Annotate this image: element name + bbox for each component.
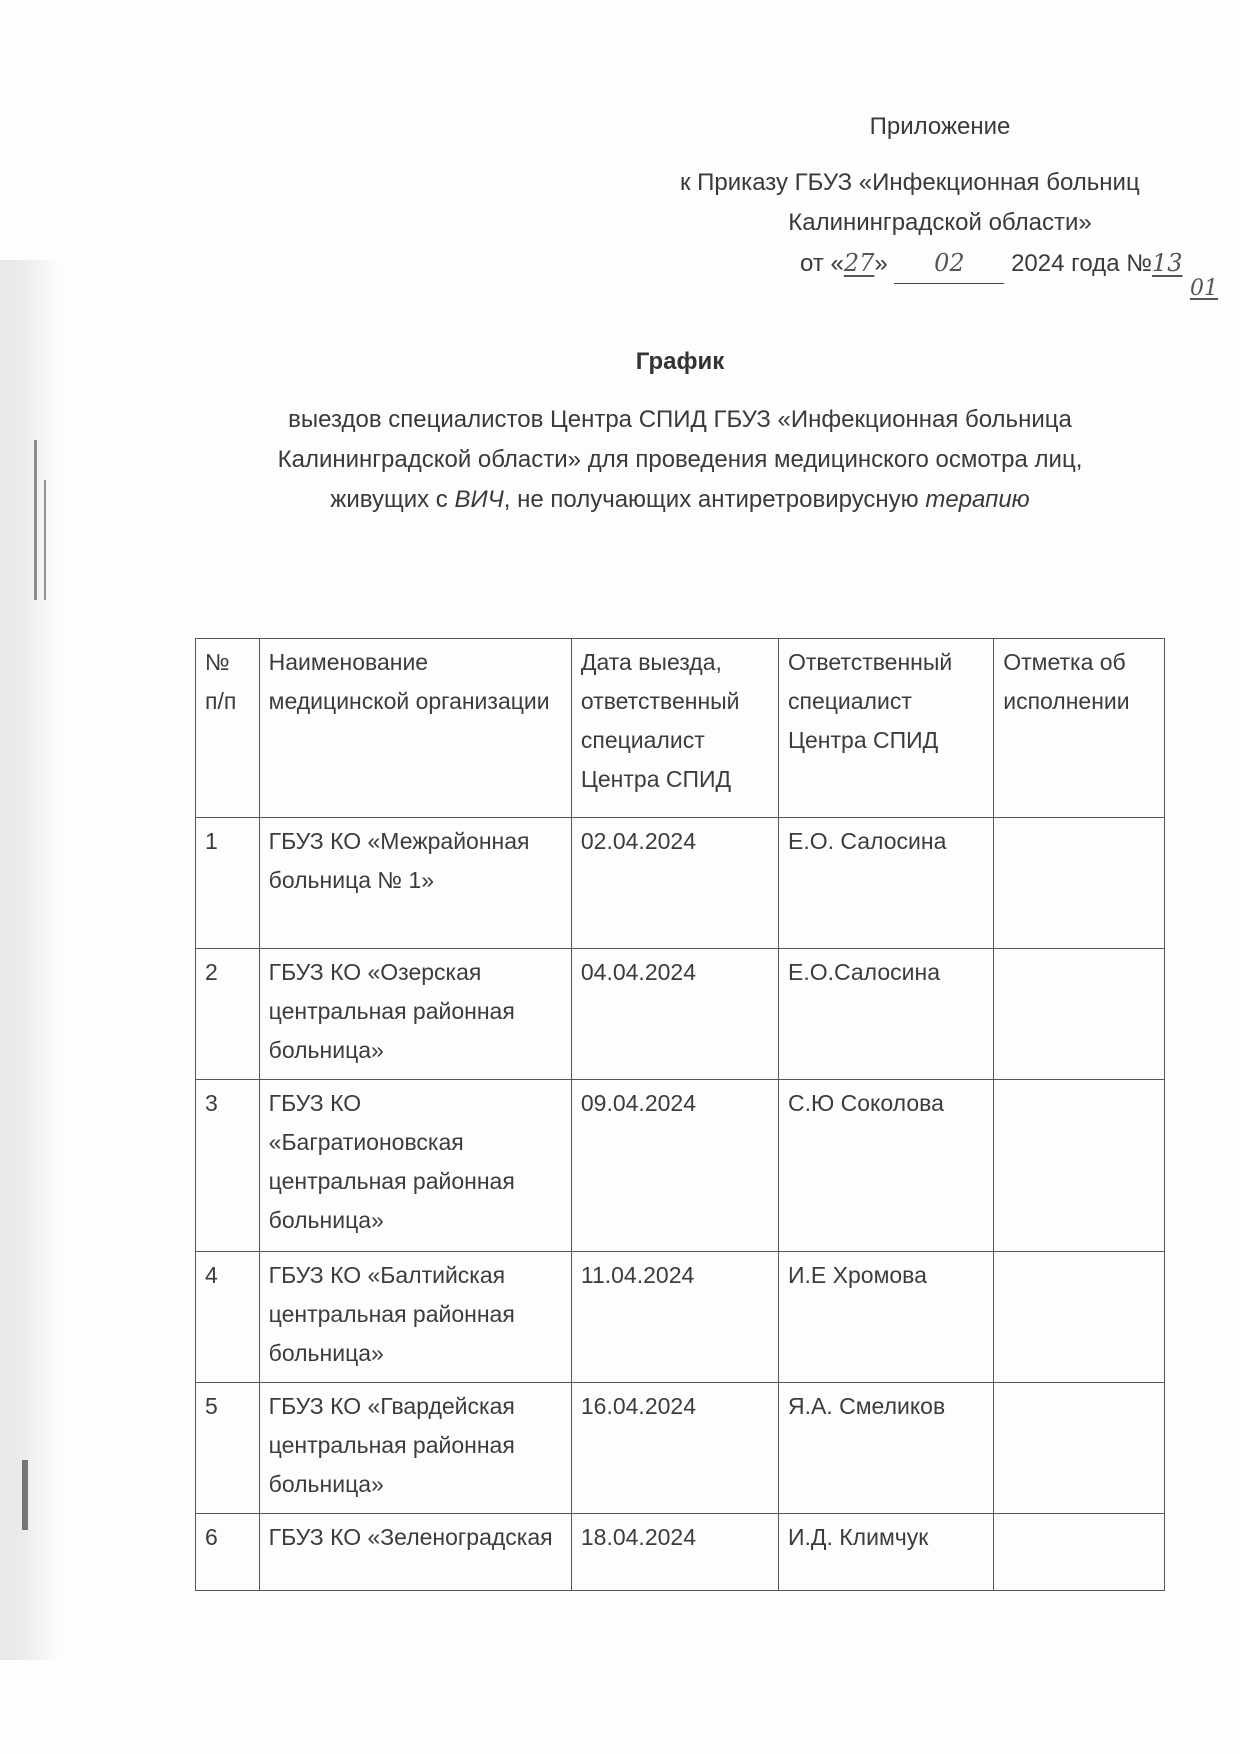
row-date: 11.04.2024 <box>571 1252 778 1383</box>
scan-artifact <box>22 1460 28 1530</box>
scan-shadow <box>0 260 60 1660</box>
row-mark <box>994 1514 1165 1591</box>
approval-heading: Приложение <box>700 108 1180 146</box>
header-num: № п/п <box>196 639 260 818</box>
header-date: Дата выезда, ответственный специалист Це… <box>571 639 778 818</box>
row-mark <box>994 949 1165 1080</box>
table-row: 2 ГБУЗ КО «Озерская центральная районная… <box>196 949 1165 1080</box>
row-specialist: Е.О. Салосина <box>779 818 994 949</box>
approval-order-ref: к Приказу ГБУЗ «Инфекционная больниц <box>680 164 1140 202</box>
header-org: Наименование медицинской организации <box>259 639 571 818</box>
row-num: 6 <box>196 1514 260 1591</box>
row-org: ГБУЗ КО «Зеленоградская <box>259 1514 571 1591</box>
approval-order-ref-2: Калининградской области» <box>700 204 1180 242</box>
order-number: 13 <box>1152 249 1183 277</box>
row-mark <box>994 818 1165 949</box>
row-num: 5 <box>196 1383 260 1514</box>
row-num: 4 <box>196 1252 260 1383</box>
row-date: 02.04.2024 <box>571 818 778 949</box>
order-number-sub: 01 <box>1190 276 1218 301</box>
row-specialist: Я.А. Смеликов <box>779 1383 994 1514</box>
scan-artifact <box>44 480 46 600</box>
row-mark <box>994 1383 1165 1514</box>
row-date: 18.04.2024 <box>571 1514 778 1591</box>
row-specialist: И.Е Хромова <box>779 1252 994 1383</box>
row-date: 16.04.2024 <box>571 1383 778 1514</box>
row-num: 2 <box>196 949 260 1080</box>
row-date: 04.04.2024 <box>571 949 778 1080</box>
row-org: ГБУЗ КО «Гвардейская центральная районна… <box>259 1383 571 1514</box>
table-row: 5 ГБУЗ КО «Гвардейская центральная район… <box>196 1383 1165 1514</box>
row-org: ГБУЗ КО «Озерская центральная районная б… <box>259 949 571 1080</box>
row-mark <box>994 1080 1165 1252</box>
date-day: 27 <box>844 249 875 277</box>
row-mark <box>994 1252 1165 1383</box>
row-specialist: С.Ю Соколова <box>779 1080 994 1252</box>
row-specialist: И.Д. Климчук <box>779 1514 994 1591</box>
scan-artifact <box>34 440 37 600</box>
header-specialist: Ответственный специалист Центра СПИД <box>779 639 994 818</box>
schedule-table: № п/п Наименование медицинской организац… <box>195 638 1165 1591</box>
table-row: 6 ГБУЗ КО «Зеленоградская 18.04.2024 И.Д… <box>196 1514 1165 1591</box>
header-mark: Отметка об исполнении <box>994 639 1165 818</box>
table-row: 1 ГБУЗ КО «Межрайонная больница № 1» 02.… <box>196 818 1165 949</box>
row-org: ГБУЗ КО «Межрайонная больница № 1» <box>259 818 571 949</box>
row-org: ГБУЗ КО «Багратионовская центральная рай… <box>259 1080 571 1252</box>
date-month-field: 02 <box>894 244 1004 284</box>
table-row: 4 ГБУЗ КО «Балтийская центральная районн… <box>196 1252 1165 1383</box>
table-row: 3 ГБУЗ КО «Багратионовская центральная р… <box>196 1080 1165 1252</box>
row-org: ГБУЗ КО «Балтийская центральная районная… <box>259 1252 571 1383</box>
approval-date-line: от «27» 02 2024 года №13 <box>800 244 1183 284</box>
row-num: 3 <box>196 1080 260 1252</box>
document-subtitle: выездов специалистов Центра СПИД ГБУЗ «И… <box>200 400 1160 520</box>
table-header-row: № п/п Наименование медицинской организац… <box>196 639 1165 818</box>
row-specialist: Е.О.Салосина <box>779 949 994 1080</box>
document-title: График <box>0 348 1240 376</box>
row-date: 09.04.2024 <box>571 1080 778 1252</box>
row-num: 1 <box>196 818 260 949</box>
